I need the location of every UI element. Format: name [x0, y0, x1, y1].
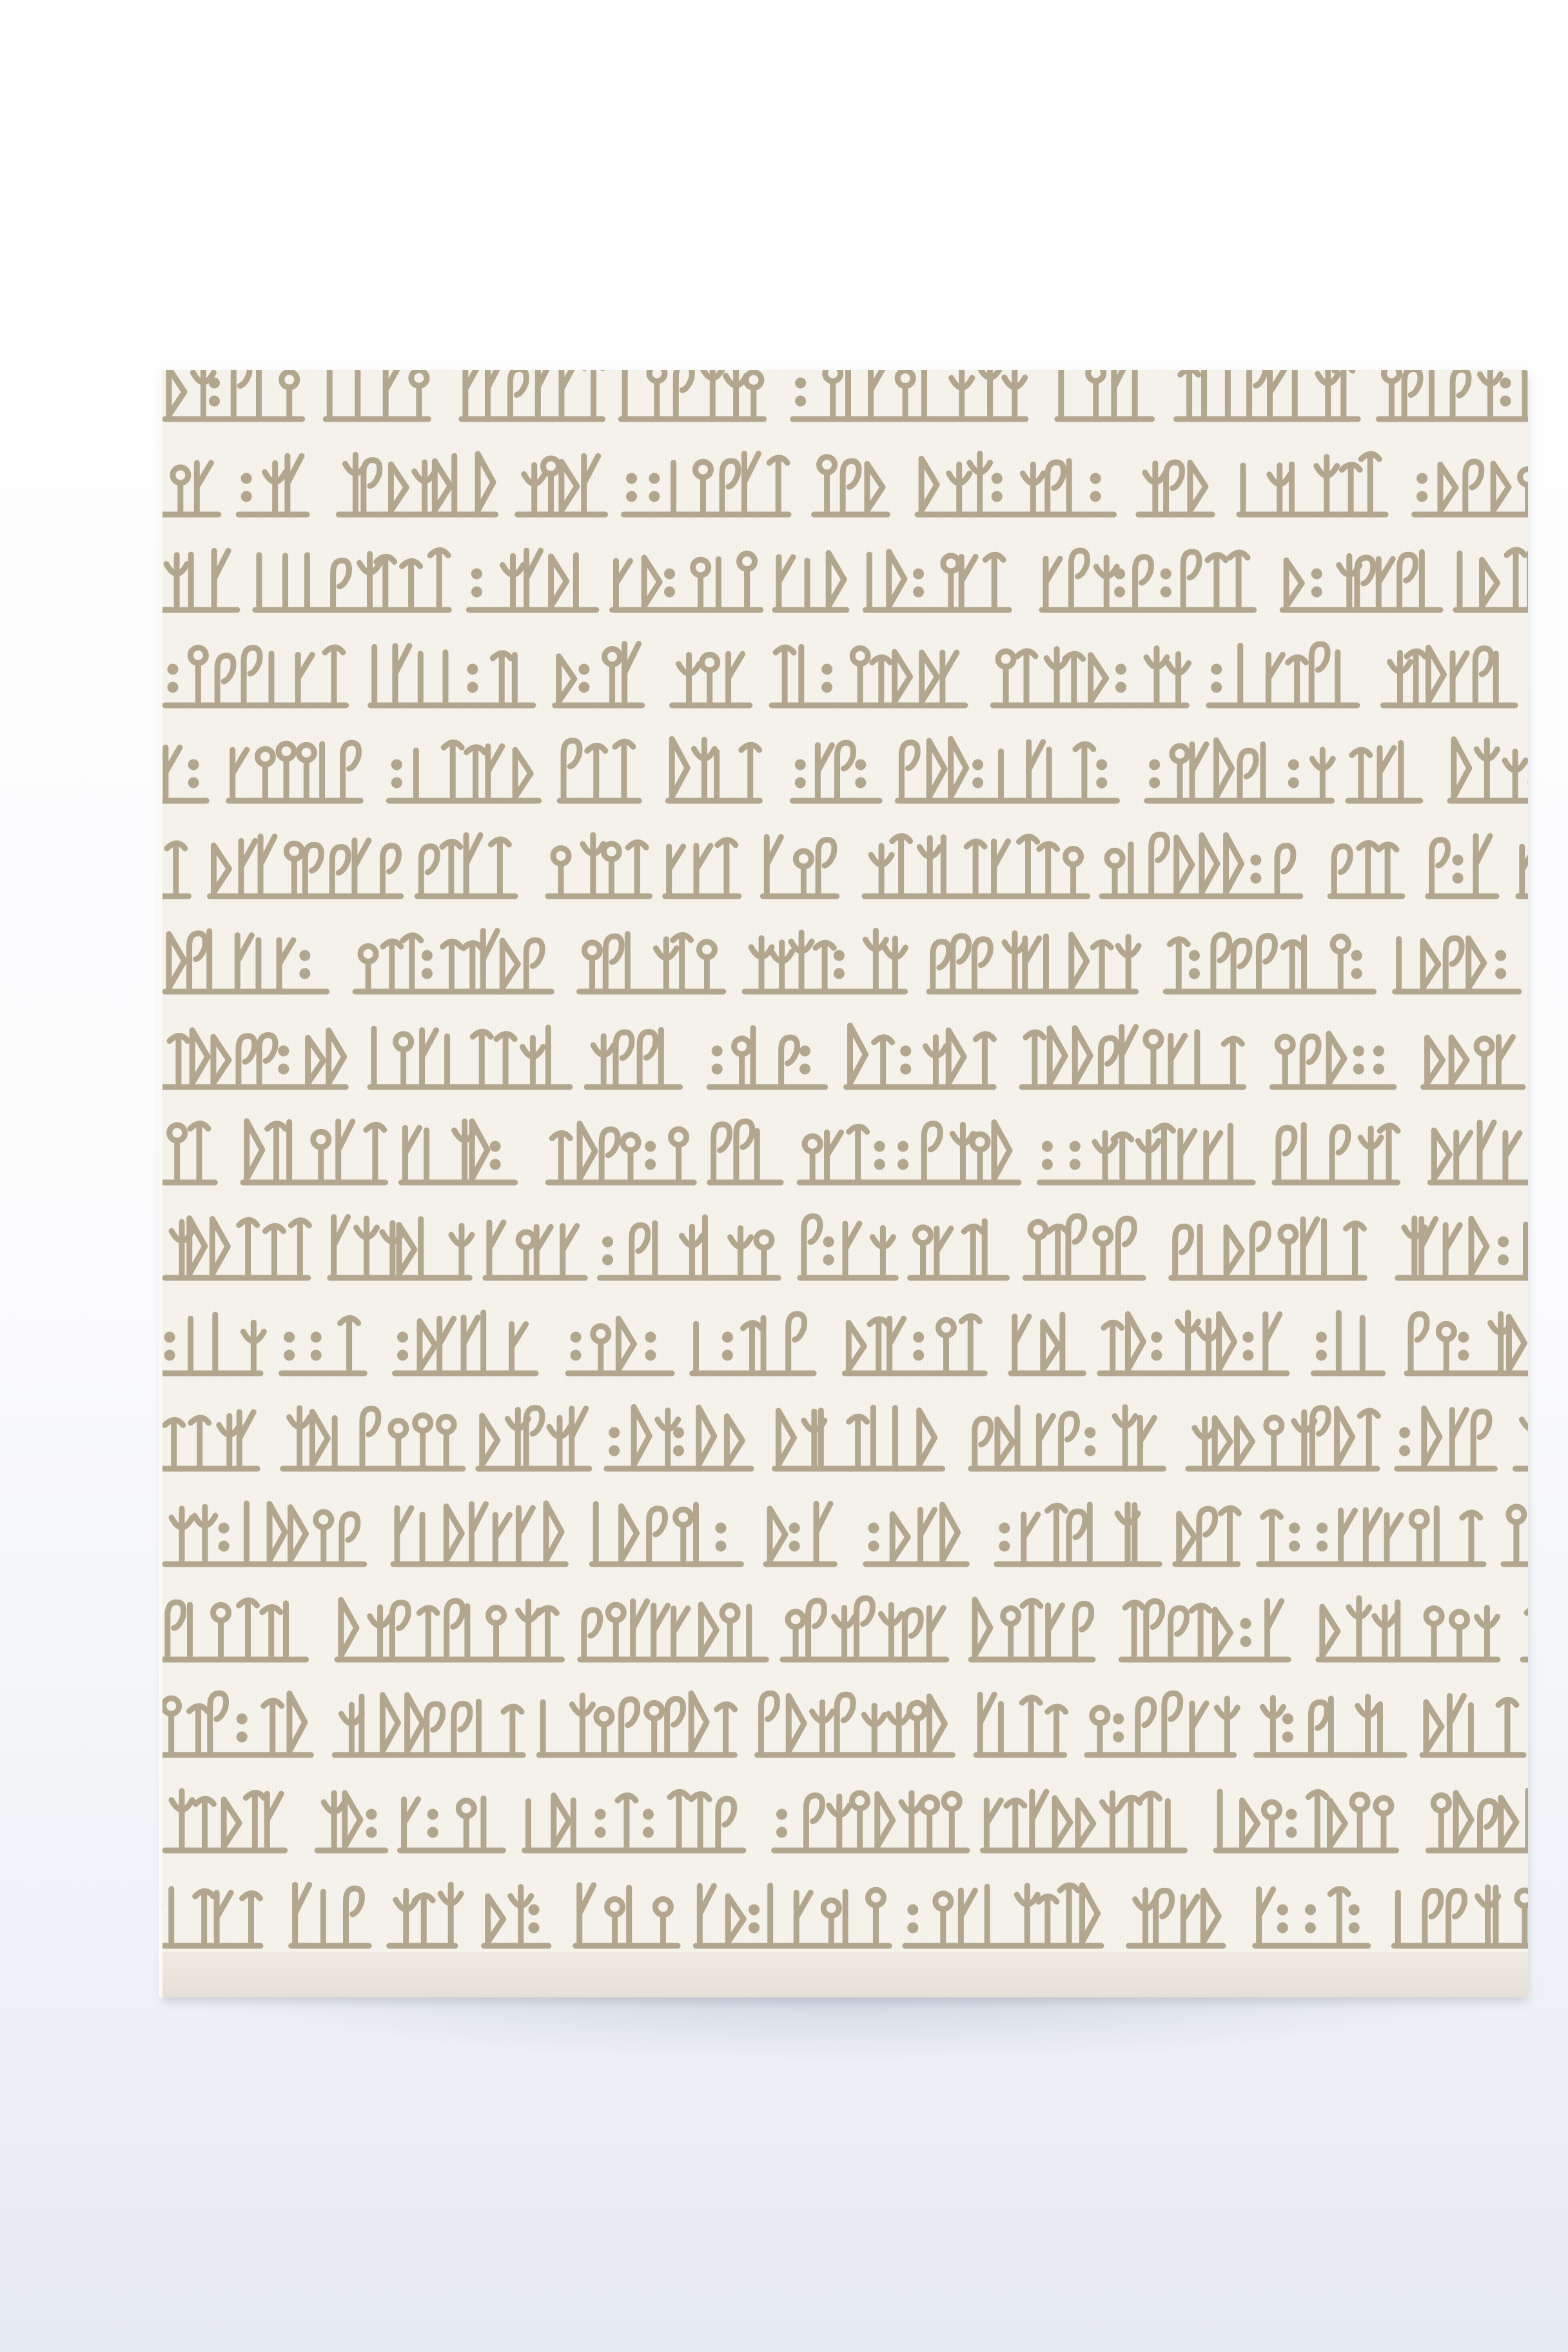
- glyph-row: [162, 1871, 1528, 1968]
- glyph-row: [162, 631, 1528, 727]
- glyph-strokes: [162, 1585, 1528, 1681]
- glyph-strokes: [162, 1489, 1528, 1586]
- glyph-strokes: [162, 1776, 1528, 1872]
- decorated-box-lid: [162, 370, 1528, 1997]
- glyph-strokes: [162, 1680, 1528, 1777]
- glyph-row: [162, 1203, 1528, 1300]
- glyph-strokes: [162, 726, 1528, 823]
- glyph-row: [162, 1776, 1528, 1872]
- glyph-strokes: [162, 1203, 1528, 1300]
- glyph-row: [162, 821, 1528, 918]
- glyph-row: [162, 1012, 1528, 1109]
- glyph-row: [162, 1585, 1528, 1681]
- box-shadow: [155, 1986, 1534, 2063]
- glyph-strokes: [162, 370, 1528, 441]
- glyph-strokes: [162, 535, 1528, 632]
- glyph-row: [162, 1394, 1528, 1491]
- glyph-strokes: [162, 1394, 1528, 1491]
- glyph-row: [162, 1108, 1528, 1204]
- glyph-row: [162, 370, 1528, 441]
- glyph-row: [162, 726, 1528, 823]
- glyph-row: [162, 1298, 1528, 1395]
- glyph-strokes: [162, 1108, 1528, 1204]
- glyph-strokes: [162, 631, 1528, 727]
- glyph-strokes: [162, 1012, 1528, 1109]
- glyph-strokes: [162, 917, 1528, 1014]
- glyph-row: [162, 1680, 1528, 1777]
- glyph-strokes: [162, 1298, 1528, 1395]
- glyph-strokes: [162, 440, 1528, 536]
- glyph-row: [162, 535, 1528, 632]
- glyph-row: [162, 440, 1528, 536]
- glyph-strokes: [162, 821, 1528, 918]
- glyph-row: [162, 917, 1528, 1014]
- glyph-row: [162, 1489, 1528, 1586]
- glyph-strokes: [162, 1871, 1528, 1968]
